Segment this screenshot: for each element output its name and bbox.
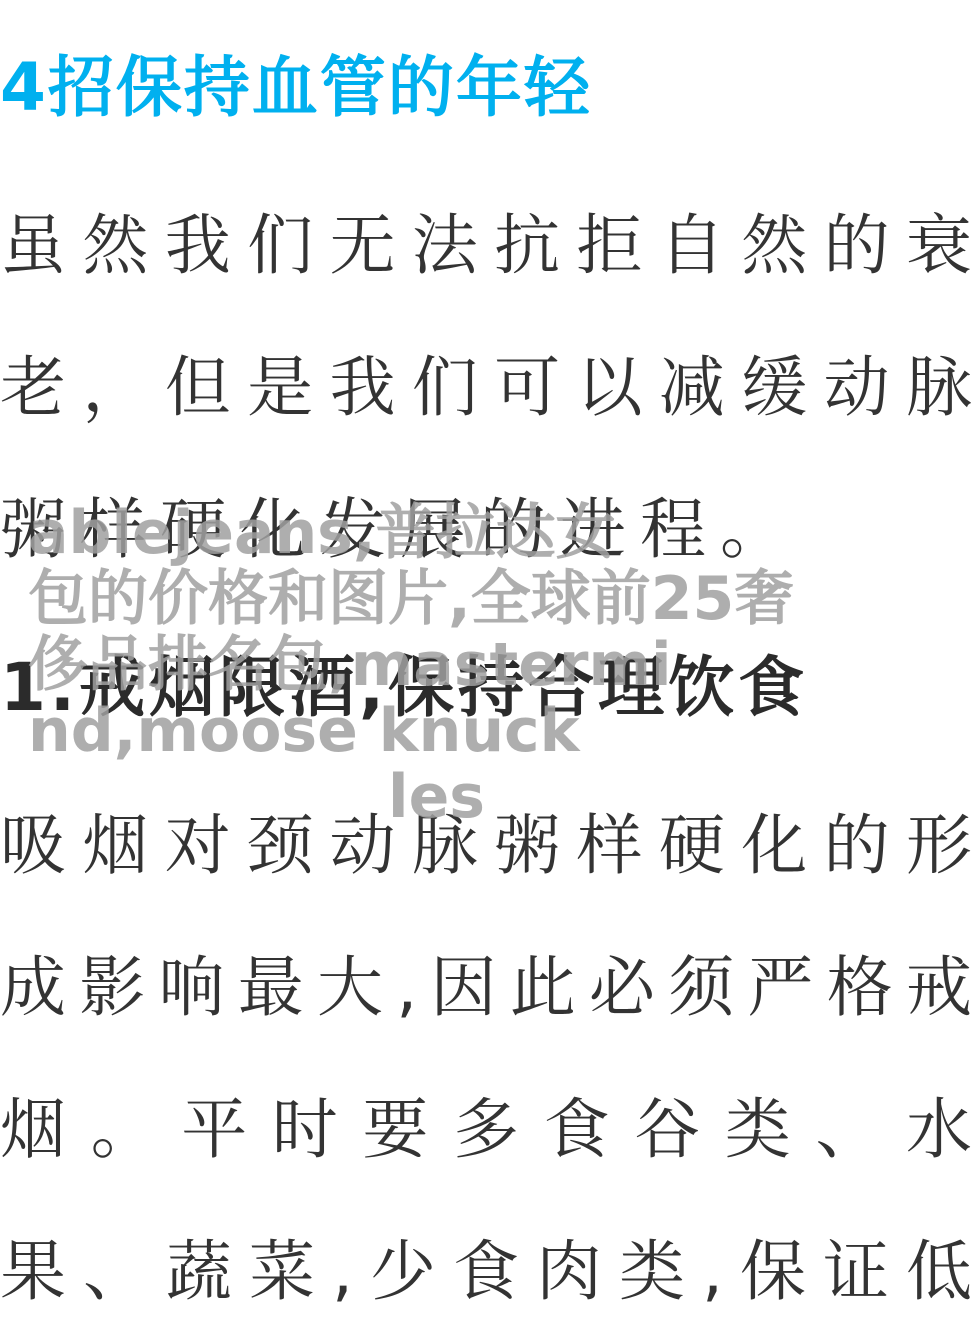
paragraph-line-3: 粥样硬化发展的进程。 bbox=[0, 490, 972, 570]
section-line-2: 成影响最大,因此必须严格戒 bbox=[0, 948, 972, 1028]
paragraph-line-2: 老，但是我们可以减缓动脉 bbox=[0, 348, 972, 428]
section-line-1: 吸烟对颈动脉粥样硬化的形 bbox=[0, 806, 972, 886]
watermark-line-2: 包的价格和图片,全球前25奢 bbox=[28, 566, 858, 632]
article-title: 4招保持血管的年轻 bbox=[0, 48, 592, 128]
section-heading: 1.戒烟限酒,保持合理饮食 bbox=[0, 648, 972, 728]
paragraph-line-1: 虽然我们无法抗拒自然的衰 bbox=[0, 206, 972, 286]
section-line-4: 果、蔬菜,少食肉类,保证低 bbox=[0, 1232, 972, 1312]
section-line-3: 烟。平时要多食谷类、水 bbox=[0, 1090, 972, 1170]
